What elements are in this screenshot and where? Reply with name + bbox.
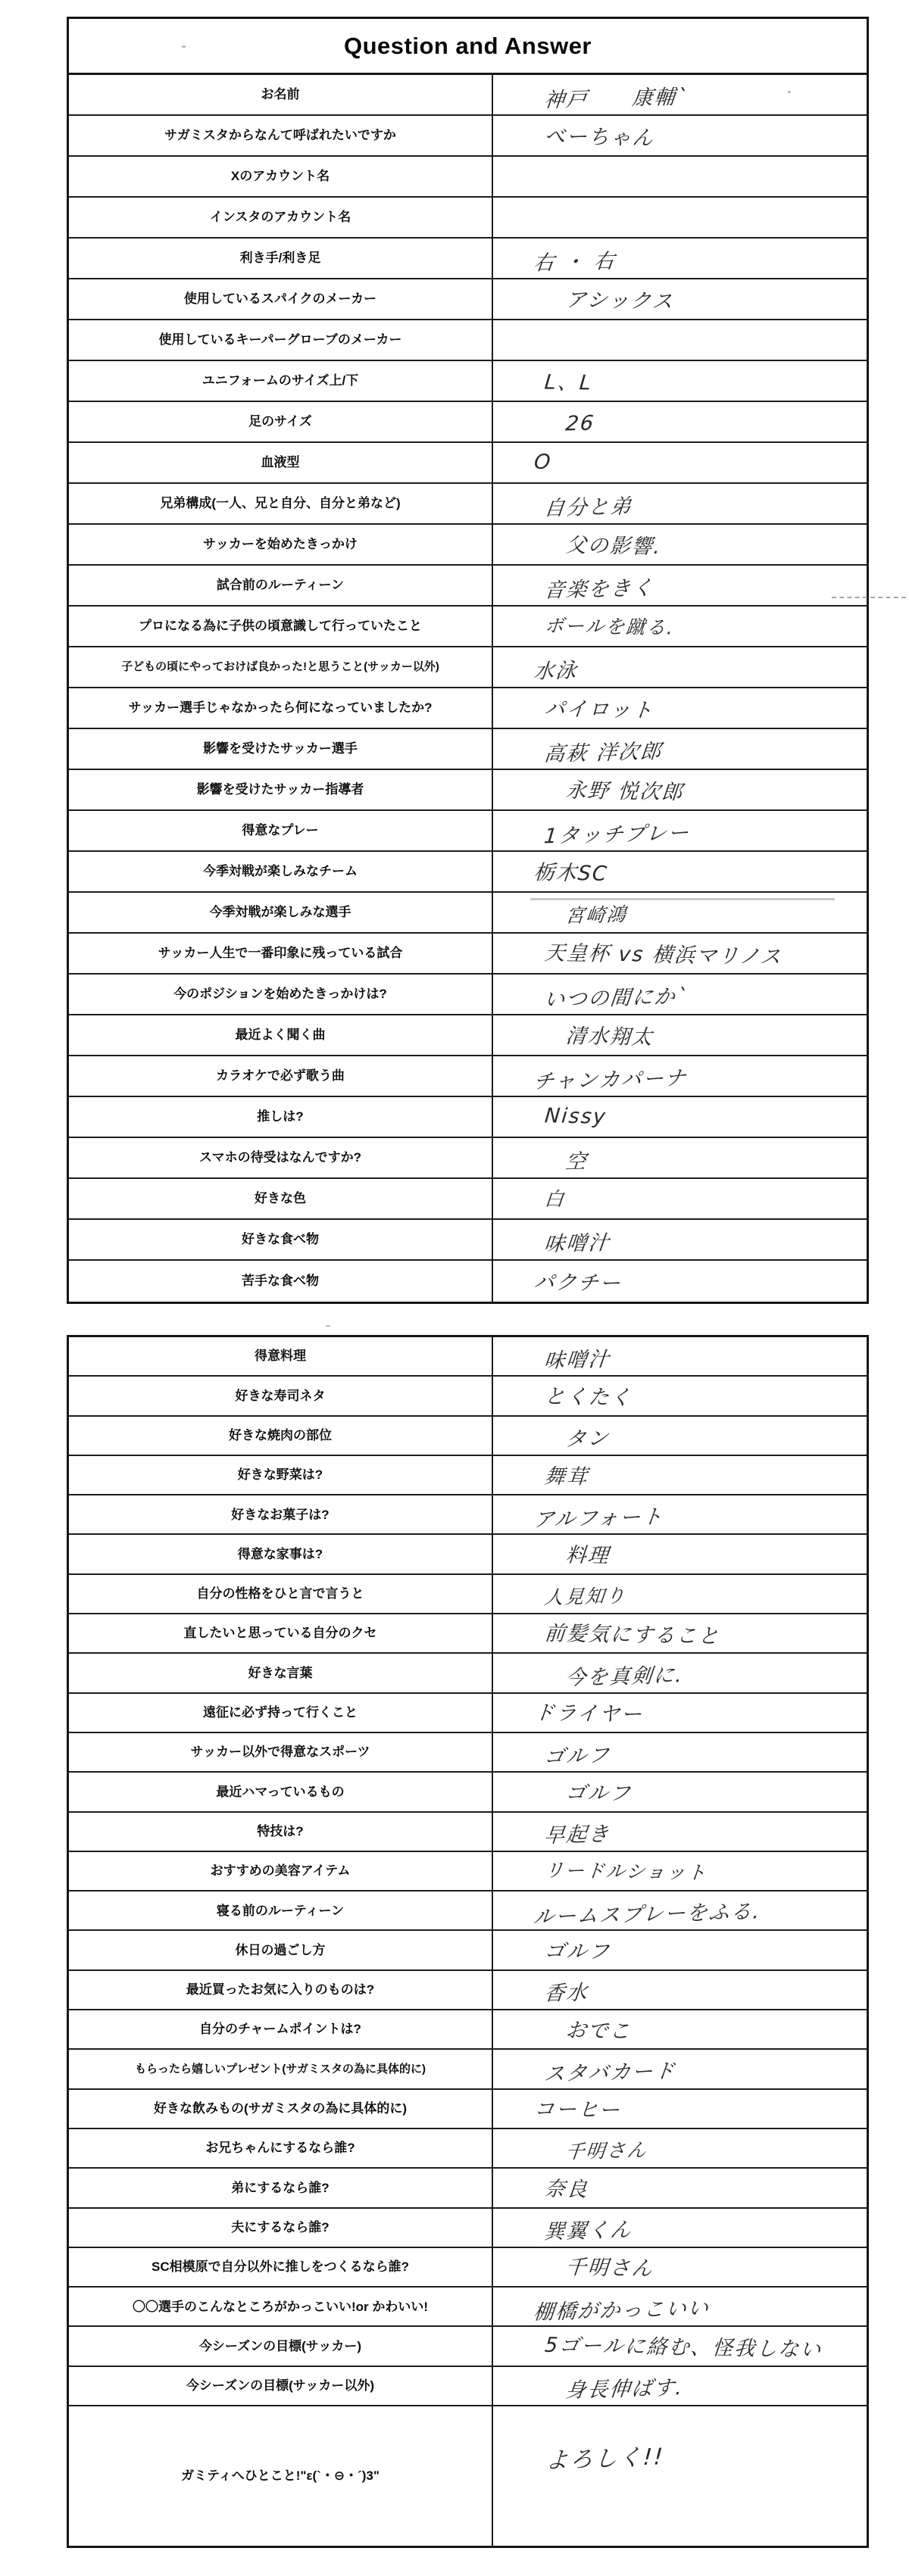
- answer-cell: 父の影響.: [493, 525, 867, 564]
- question-cell: 足のサイズ: [69, 402, 493, 441]
- question-cell: 試合前のルーティーン: [69, 566, 493, 605]
- table-row: 得意なプレー1タッチプレー: [69, 811, 867, 852]
- answer-cell: 高萩 洋次郎: [493, 729, 867, 769]
- handwritten-answer: L、L: [543, 365, 593, 395]
- scan-speck: [788, 91, 791, 93]
- answer-cell: ボールを蹴る.: [493, 607, 867, 646]
- handwritten-answer: 香水: [543, 1976, 590, 2007]
- question-cell: 好きな食べ物: [69, 1220, 493, 1259]
- handwritten-answer: 宮崎鴻: [564, 900, 629, 928]
- qa-table-1: Question and Answer お名前神戸 康輔`サガミスタからなんて呼…: [67, 17, 869, 1304]
- handwritten-answer: 5ゴールに絡む、怪我しない: [544, 2328, 824, 2362]
- handwritten-answer: 棚橋がかっこいい: [533, 2291, 711, 2325]
- table-row: 好きな言葉今を真剣に.: [69, 1654, 867, 1693]
- handwritten-answer: 今を真剣に.: [564, 1658, 686, 1691]
- answer-cell: O: [493, 443, 867, 482]
- handwritten-answer: ドライヤー: [533, 1696, 644, 1728]
- answer-cell: 今を真剣に.: [493, 1654, 867, 1692]
- table-row: 今シーズンの目標(サッカー以外)身長伸ばす.: [69, 2367, 867, 2406]
- handwritten-answer: 味噌汁: [543, 1343, 612, 1374]
- handwritten-answer: ゴルフ: [564, 1776, 633, 1807]
- handwritten-answer: O: [533, 450, 553, 473]
- question-cell: 得意な家事は?: [69, 1535, 493, 1573]
- table-row: インスタのアカウント名: [69, 198, 867, 239]
- table-row: サッカー選手じゃなかったら何になっていましたか?パイロット: [69, 688, 867, 729]
- table-row: お兄ちゃんにするなら誰?千明さん: [69, 2129, 867, 2169]
- question-cell: 影響を受けたサッカー選手: [69, 729, 493, 769]
- answer-cell: 千明さん: [493, 2248, 867, 2286]
- table-row: サッカーを始めたきっかけ父の影響.: [69, 525, 867, 566]
- question-cell: 直したいと思っている自分のクセ: [69, 1614, 493, 1652]
- table-row: 今のポジションを始めたきっかけは?いつの間にか`: [69, 975, 867, 1015]
- question-cell: もらったら嬉しいプレゼント(サガミスタの為に具体的に): [69, 2050, 493, 2088]
- answer-cell: おでこ: [493, 2010, 867, 2048]
- table-row: 弟にするなら誰?奈良: [69, 2169, 867, 2208]
- table-row: 好きな食べ物味噌汁: [69, 1220, 867, 1261]
- question-cell: 使用しているスパイクのメーカー: [69, 279, 493, 319]
- question-cell: 血液型: [69, 443, 493, 482]
- handwritten-answer: タン: [564, 1422, 611, 1452]
- question-cell: 遠征に必ず持って行くこと: [69, 1694, 493, 1732]
- handwritten-answer: 1タッチプレー: [543, 816, 692, 849]
- handwritten-answer: 白: [544, 1184, 567, 1212]
- question-cell: 好きな色: [69, 1179, 493, 1218]
- answer-cell: 料理: [493, 1535, 867, 1573]
- question-cell: 好きな焼肉の部位: [69, 1417, 493, 1455]
- answer-cell: 26: [493, 402, 867, 441]
- handwritten-answer: 清水翔太: [564, 1018, 654, 1049]
- handwritten-answer: 26: [564, 411, 596, 435]
- qa-table-2: 得意料理味噌汁好きな寿司ネタとくたく好きな焼肉の部位タン好きな野菜は?舞茸好きな…: [67, 1335, 869, 2548]
- answer-cell: ゴルフ: [493, 1931, 867, 1969]
- answer-cell: 1タッチプレー: [493, 811, 867, 850]
- table-row: 影響を受けたサッカー指導者永野 悦次郎: [69, 770, 867, 811]
- answer-cell: アシックス: [493, 279, 867, 319]
- handwritten-answer: 前髪気にすること: [544, 1617, 722, 1649]
- question-cell: ガミティへひとこと!"ε(`・⊖・´)3": [69, 2406, 493, 2546]
- question-cell: 得意なプレー: [69, 811, 493, 850]
- table-row: 使用しているスパイクのメーカーアシックス: [69, 279, 867, 320]
- question-cell: 特技は?: [69, 1813, 493, 1851]
- table-row: 好きな野菜は?舞茸: [69, 1456, 867, 1495]
- answer-cell: とくたく: [493, 1377, 867, 1414]
- handwritten-answer: 舞茸: [543, 1459, 589, 1489]
- table-title: Question and Answer: [69, 19, 867, 75]
- table-row: サガミスタからなんて呼ばれたいですかべーちゃん: [69, 116, 867, 157]
- scanned-questionnaire-page: Question and Answer お名前神戸 康輔`サガミスタからなんて呼…: [0, 0, 909, 2576]
- page-title: Question and Answer: [344, 33, 592, 60]
- table-row: SC相模原で自分以外に推しをつくるなら誰?千明さん: [69, 2248, 867, 2288]
- answer-cell: 清水翔太: [493, 1015, 867, 1055]
- answer-cell: 水泳: [493, 647, 867, 687]
- handwritten-answer: 栃木SC: [533, 856, 609, 887]
- answer-cell: パイロット: [493, 688, 867, 728]
- table-row: 使用しているキーパーグローブのメーカー: [69, 320, 867, 361]
- question-cell: 推しは?: [69, 1097, 493, 1137]
- table-row: おすすめの美容アイテムリードルショット: [69, 1852, 867, 1891]
- handwritten-answer: 高萩 洋次郎: [543, 734, 664, 767]
- table-row: 得意な家事は?料理: [69, 1535, 867, 1574]
- question-cell: 最近ハマっているもの: [69, 1773, 493, 1810]
- question-cell: 自分のチャームポイントは?: [69, 2010, 493, 2048]
- question-cell: インスタのアカウント名: [69, 198, 493, 237]
- table-row: スマホの待受はなんですか?空: [69, 1138, 867, 1179]
- table-row: 最近よく聞く曲清水翔太: [69, 1015, 867, 1056]
- handwritten-answer: スタバカード: [543, 2054, 678, 2087]
- answer-cell: 早起き: [493, 1813, 867, 1851]
- question-cell: 寝る前のルーティーン: [69, 1891, 493, 1929]
- table-row: 兄弟構成(一人、兄と自分、自分と弟など)自分と弟: [69, 484, 867, 525]
- table-row: Xのアカウント名: [69, 157, 867, 198]
- answer-cell: 千明さん: [493, 2129, 867, 2167]
- question-cell: 休日の過ごし方: [69, 1931, 493, 1969]
- scan-artifact-dashes: [832, 597, 906, 598]
- table-row: カラオケで必ず歌う曲チャンカパーナ: [69, 1056, 867, 1097]
- question-cell: カラオケで必ず歌う曲: [69, 1056, 493, 1096]
- scan-speck: [326, 1325, 330, 1327]
- answer-cell: 奈良: [493, 2169, 867, 2206]
- answer-cell: 舞茸: [493, 1456, 867, 1494]
- handwritten-answer: ゴルフ: [543, 1739, 612, 1770]
- handwritten-answer: パクチー: [533, 1265, 623, 1296]
- handwritten-answer: おでこ: [564, 2013, 633, 2044]
- answer-cell: Nissy: [493, 1097, 867, 1137]
- handwritten-answer: ルームスプレーをふる.: [532, 1895, 762, 1929]
- handwritten-answer: 神戸 康輔`: [543, 80, 690, 113]
- answer-cell: 白: [493, 1179, 867, 1218]
- answer-cell: 神戸 康輔`: [493, 75, 867, 114]
- handwritten-answer: 永野 悦次郎: [564, 773, 685, 805]
- handwritten-answer: ボールを蹴る.: [544, 611, 676, 641]
- scan-artifact-line: [530, 898, 835, 900]
- question-cell: ユニフォームのサイズ上/下: [69, 361, 493, 401]
- table-row: 得意料理味噌汁: [69, 1337, 867, 1377]
- table-row: 好きな飲みもの(サガミスタの為に具体的に)コーヒー: [69, 2090, 867, 2129]
- answer-cell: ゴルフ: [493, 1733, 867, 1771]
- handwritten-answer: ゴルフ: [543, 1934, 611, 1965]
- handwritten-answer: 巽翼くん: [543, 2213, 634, 2245]
- table-row: 利き手/利き足右 ・ 右: [69, 239, 867, 279]
- table-row: 直したいと思っている自分のクセ前髪気にすること: [69, 1614, 867, 1654]
- table-row: 子どもの頃にやっておけば良かった!と思うこと(サッカー以外)水泳: [69, 647, 867, 688]
- handwritten-answer: いつの間にか`: [543, 979, 690, 1012]
- question-cell: 〇〇選手のこんなところがかっこいい!or かわいい!: [69, 2288, 493, 2325]
- handwritten-answer: 早起き: [543, 1817, 612, 1848]
- answer-cell: よろしく!!: [493, 2406, 867, 2546]
- question-cell: プロになる為に子供の頃意識して行っていたこと: [69, 607, 493, 646]
- answer-cell: コーヒー: [493, 2090, 867, 2128]
- answer-cell: べーちゃん: [493, 116, 867, 155]
- table-row: サッカー人生で一番印象に残っている試合天皇杯 vs 横浜マリノス: [69, 934, 867, 975]
- answer-cell: 右 ・ 右: [493, 239, 867, 278]
- handwritten-answer: 千明さん: [564, 2250, 654, 2281]
- table-row: 血液型O: [69, 443, 867, 484]
- table-row: 最近買ったお気に入りのものは?香水: [69, 1971, 867, 2010]
- answer-cell: 巽翼くん: [493, 2209, 867, 2247]
- table-row: 自分のチャームポイントは?おでこ: [69, 2010, 867, 2050]
- answer-cell: 永野 悦次郎: [493, 770, 867, 809]
- question-cell: サッカー選手じゃなかったら何になっていましたか?: [69, 688, 493, 728]
- question-cell: 兄弟構成(一人、兄と自分、自分と弟など): [69, 484, 493, 523]
- handwritten-answer: 奈良: [543, 2172, 589, 2202]
- question-cell: 夫にするなら誰?: [69, 2209, 493, 2247]
- table-row: 好きな焼肉の部位タン: [69, 1417, 867, 1456]
- table-row: 遠征に必ず持って行くことドライヤー: [69, 1694, 867, 1733]
- answer-cell: 身長伸ばす.: [493, 2367, 867, 2405]
- table-row: 今シーズンの目標(サッカー)5ゴールに絡む、怪我しない: [69, 2327, 867, 2366]
- question-cell: 好きなお菓子は?: [69, 1495, 493, 1533]
- answer-cell: ルームスプレーをふる.: [493, 1891, 867, 1929]
- question-cell: 子どもの頃にやっておけば良かった!と思うこと(サッカー以外): [69, 647, 493, 687]
- answer-cell: 味噌汁: [493, 1220, 867, 1259]
- answer-cell: リードルショット: [493, 1852, 867, 1890]
- table-row: 足のサイズ26: [69, 402, 867, 443]
- question-cell: おすすめの美容アイテム: [69, 1852, 493, 1890]
- question-cell: 使用しているキーパーグローブのメーカー: [69, 320, 493, 360]
- table-row: 寝る前のルーティーンルームスプレーをふる.: [69, 1891, 867, 1931]
- question-cell: スマホの待受はなんですか?: [69, 1138, 493, 1177]
- answer-cell: [493, 157, 867, 196]
- table-row: 影響を受けたサッカー選手高萩 洋次郎: [69, 729, 867, 770]
- question-cell: サガミスタからなんて呼ばれたいですか: [69, 116, 493, 155]
- handwritten-answer: 自分と弟: [543, 489, 634, 521]
- handwritten-answer: 千明さん: [564, 2135, 649, 2165]
- answer-cell: チャンカパーナ: [493, 1056, 867, 1096]
- handwritten-answer: よろしく!!: [545, 2437, 666, 2475]
- table-row: 夫にするなら誰?巽翼くん: [69, 2209, 867, 2248]
- question-cell: お名前: [69, 75, 493, 114]
- handwritten-answer: 料理: [564, 1539, 611, 1569]
- table-row: もらったら嬉しいプレゼント(サガミスタの為に具体的に)スタバカード: [69, 2050, 867, 2089]
- handwritten-answer: 身長伸ばす.: [564, 2371, 686, 2403]
- table-row: プロになる為に子供の頃意識して行っていたことボールを蹴る.: [69, 607, 867, 647]
- answer-cell: [493, 320, 867, 360]
- question-cell: 最近よく聞く曲: [69, 1015, 493, 1055]
- qa-table-1-rows: お名前神戸 康輔`サガミスタからなんて呼ばれたいですかべーちゃんXのアカウント名…: [69, 75, 867, 1302]
- answer-cell: 自分と弟: [493, 484, 867, 523]
- question-cell: サッカー人生で一番印象に残っている試合: [69, 934, 493, 973]
- answer-cell: 人見知り: [493, 1575, 867, 1613]
- answer-cell: ドライヤー: [493, 1694, 867, 1732]
- table-row: 試合前のルーティーン音楽をきく: [69, 566, 867, 607]
- answer-cell: 味噌汁: [493, 1337, 867, 1375]
- question-cell: 得意料理: [69, 1337, 493, 1375]
- answer-cell: 前髪気にすること: [493, 1614, 867, 1652]
- table-row: 好きなお菓子は?アルフォート: [69, 1495, 867, 1535]
- question-cell: 利き手/利き足: [69, 239, 493, 278]
- question-cell: お兄ちゃんにするなら誰?: [69, 2129, 493, 2167]
- handwritten-answer: べーちゃん: [543, 119, 655, 151]
- table-row: 苦手な食べ物パクチー: [69, 1261, 867, 1302]
- handwritten-answer: 父の影響.: [564, 528, 663, 559]
- handwritten-answer: リードルショット: [544, 1855, 709, 1885]
- table-row: 最近ハマっているものゴルフ: [69, 1773, 867, 1812]
- table-row: 休日の過ごし方ゴルフ: [69, 1931, 867, 1970]
- handwritten-answer: とくたく: [543, 1380, 633, 1411]
- question-cell: 好きな野菜は?: [69, 1456, 493, 1494]
- qa-table-2-rows: 得意料理味噌汁好きな寿司ネタとくたく好きな焼肉の部位タン好きな野菜は?舞茸好きな…: [69, 1337, 867, 2546]
- handwritten-answer: 人見知り: [543, 1581, 628, 1611]
- question-cell: 今季対戦が楽しみな選手: [69, 893, 493, 932]
- answer-cell: スタバカード: [493, 2050, 867, 2088]
- answer-cell: 棚橋がかっこいい: [493, 2288, 867, 2325]
- answer-cell: [493, 198, 867, 237]
- handwritten-answer: 味噌汁: [543, 1225, 612, 1256]
- question-cell: 自分の性格をひと言で言うと: [69, 1575, 493, 1613]
- handwritten-answer: 音楽をきく: [543, 571, 656, 603]
- question-cell: 今シーズンの目標(サッカー): [69, 2327, 493, 2365]
- answer-cell: パクチー: [493, 1261, 867, 1302]
- table-row: サッカー以外で得意なスポーツゴルフ: [69, 1733, 867, 1773]
- table-row: 特技は?早起き: [69, 1813, 867, 1852]
- answer-cell: 天皇杯 vs 横浜マリノス: [493, 934, 867, 973]
- handwritten-answer: パイロット: [543, 691, 655, 723]
- answer-cell: ゴルフ: [493, 1773, 867, 1810]
- handwritten-answer: 天皇杯 vs 横浜マリノス: [544, 936, 784, 969]
- handwritten-answer: コーヒー: [533, 2092, 622, 2123]
- table-row: 自分の性格をひと言で言うと人見知り: [69, 1575, 867, 1614]
- answer-cell: いつの間にか`: [493, 975, 867, 1014]
- handwritten-answer: 右 ・ 右: [533, 244, 617, 276]
- answer-cell: L、L: [493, 361, 867, 401]
- question-cell: 今シーズンの目標(サッカー以外): [69, 2367, 493, 2405]
- answer-cell: 5ゴールに絡む、怪我しない: [493, 2327, 867, 2365]
- handwritten-answer: Nissy: [544, 1104, 608, 1128]
- question-cell: サッカーを始めたきっかけ: [69, 525, 493, 564]
- question-cell: 苦手な食べ物: [69, 1261, 493, 1302]
- handwritten-answer: アルフォート: [533, 1500, 666, 1533]
- table-row: 好きな色白: [69, 1179, 867, 1220]
- question-cell: Xのアカウント名: [69, 157, 493, 196]
- table-row: 今季対戦が楽しみなチーム栃木SC: [69, 852, 867, 893]
- handwritten-answer: アシックス: [564, 282, 675, 313]
- answer-cell: 栃木SC: [493, 852, 867, 891]
- question-cell: 好きな寿司ネタ: [69, 1377, 493, 1414]
- handwritten-answer: 空: [564, 1144, 589, 1174]
- question-cell: SC相模原で自分以外に推しをつくるなら誰?: [69, 2248, 493, 2286]
- question-cell: 今のポジションを始めたきっかけは?: [69, 975, 493, 1014]
- answer-cell: 空: [493, 1138, 867, 1177]
- table-row: 〇〇選手のこんなところがかっこいい!or かわいい!棚橋がかっこいい: [69, 2288, 867, 2327]
- table-row: お名前神戸 康輔`: [69, 75, 867, 116]
- question-cell: 影響を受けたサッカー指導者: [69, 770, 493, 809]
- question-cell: 最近買ったお気に入りのものは?: [69, 1971, 493, 2009]
- handwritten-answer: 水泳: [533, 653, 579, 684]
- answer-cell: タン: [493, 1417, 867, 1455]
- answer-cell: 音楽をきく: [493, 566, 867, 605]
- table-row: ガミティへひとこと!"ε(`・⊖・´)3"よろしく!!: [69, 2406, 867, 2546]
- question-cell: 弟にするなら誰?: [69, 2169, 493, 2206]
- question-cell: 好きな言葉: [69, 1654, 493, 1692]
- table-row: ユニフォームのサイズ上/下L、L: [69, 361, 867, 402]
- answer-cell: アルフォート: [493, 1495, 867, 1533]
- question-cell: 好きな飲みもの(サガミスタの為に具体的に): [69, 2090, 493, 2128]
- table-row: 好きな寿司ネタとくたく: [69, 1377, 867, 1416]
- question-cell: サッカー以外で得意なスポーツ: [69, 1733, 493, 1771]
- scan-speck: [182, 45, 186, 48]
- handwritten-answer: チャンカパーナ: [533, 1061, 689, 1094]
- question-cell: 今季対戦が楽しみなチーム: [69, 852, 493, 891]
- table-row: 推しは?Nissy: [69, 1097, 867, 1138]
- answer-cell: 香水: [493, 1971, 867, 2009]
